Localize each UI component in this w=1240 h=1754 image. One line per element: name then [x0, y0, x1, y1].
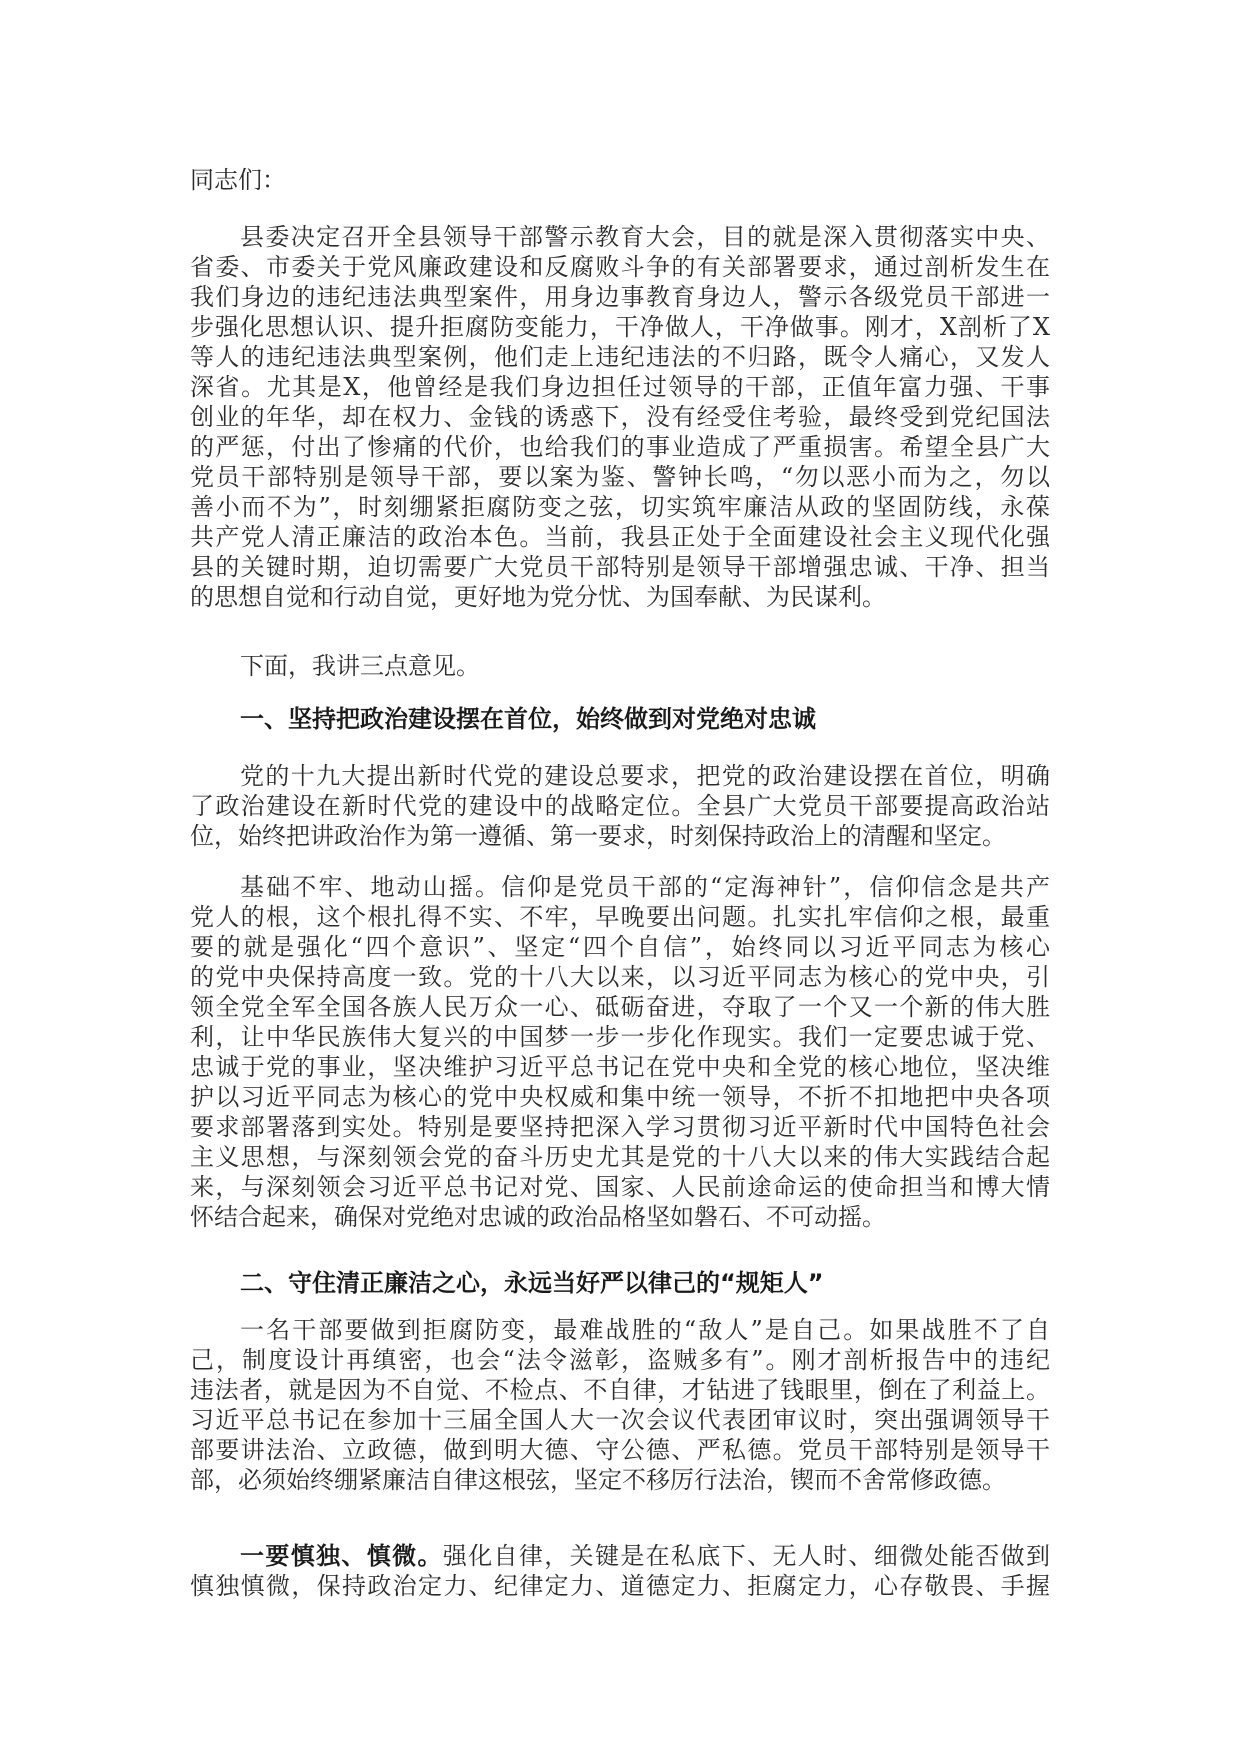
text-line: 省委、市委关于党风廉政建设和反腐败斗争的有关部署要求，通过剖析发生在: [190, 252, 1050, 282]
text-line: 忠诚于党的事业，坚决维护习近平总书记在党中央和全党的核心地位，坚决维: [190, 1052, 1050, 1082]
text-line: 县委决定召开全县领导干部警示教育大会，目的就是深入贯彻落实中央、: [190, 222, 1050, 252]
text-line: 步强化思想认识、提升拒腐防变能力，干净做人，干净做事。刚才，X剖析了X: [190, 312, 1050, 342]
text-line: 部要讲法治、立政德，做到明大德、守公德、严私德。党员干部特别是领导干: [190, 1435, 1050, 1465]
text-line: 共产党人清正廉洁的政治本色。当前，我县正处于全面建设社会主义现代化强: [190, 522, 1050, 552]
text-line: 党人的根，这个根扎得不实、不牢，早晚要出问题。扎实扎牢信仰之根，最重: [190, 902, 1050, 932]
text-line: 善小而不为”，时刻绷紧拒腐防变之弦，切实筑牢廉洁从政的坚固防线，永葆: [190, 492, 1050, 522]
text-line: 县的关键时期，迫切需要广大党员干部特别是领导干部增强忠诚、干净、担当: [190, 552, 1050, 582]
text-line: 的严惩，付出了惨痛的代价，也给我们的事业造成了严重损害。希望全县广大: [190, 432, 1050, 462]
text-line: 护以习近平同志为核心的党中央权威和集中统一领导，不折不扣地把中央各项: [190, 1082, 1050, 1112]
text-line: 下面，我讲三点意见。: [190, 651, 1050, 681]
text-line: 违法者，就是因为不自觉、不检点、不自律，才钻进了钱眼里，倒在了利益上。: [190, 1375, 1050, 1405]
text-line: 创业的年华，却在权力、金钱的诱惑下，没有经受住考验，最终受到党纪国法: [190, 402, 1050, 432]
text-line: 利，让中华民族伟大复兴的中国梦一步一步化作现实。我们一定要忠诚于党、: [190, 1022, 1050, 1052]
paragraph-section2-intro: 一名干部要做到拒腐防变，最难战胜的“敌人”是自己。如果战胜不了自 己，制度设计再…: [190, 1315, 1050, 1495]
text-line: 慎独慎微，保持政治定力、纪律定力、道德定力、拒腐定力，心存敬畏、手握: [190, 1571, 1050, 1601]
text-line: 领全党全军全国各族人民万众一心、砥砺奋进，夺取了一个又一个新的伟大胜: [190, 992, 1050, 1022]
paragraph-transition: 下面，我讲三点意见。: [190, 651, 1050, 681]
text-line: 习近平总书记在参加十三届全国人大一次会议代表团审议时，突出强调领导干: [190, 1405, 1050, 1435]
text-line: 一名干部要做到拒腐防变，最难战胜的“敌人”是自己。如果战胜不了自: [190, 1315, 1050, 1345]
text-line: 基础不牢、地动山摇。信仰是党员干部的“定海神针”，信仰信念是共产: [190, 872, 1050, 902]
point-text: 强化自律，关键是在私底下、无人时、细微处能否做到: [443, 1542, 1050, 1570]
text-line: 部，必须始终绷紧廉洁自律这根弦，坚定不移厉行法治，锲而不舍常修政德。: [190, 1465, 1050, 1495]
paragraph-section1-body: 基础不牢、地动山摇。信仰是党员干部的“定海神针”，信仰信念是共产 党人的根，这个…: [190, 872, 1050, 1232]
text-line: 要的就是强化“四个意识”、坚定“四个自信”，始终同以习近平同志为核心: [190, 932, 1050, 962]
text-line: 了政治建设在新时代党的建设中的战略定位。全县广大党员干部要提高政治站: [190, 791, 1050, 821]
heading-text: 一、坚持把政治建设摆在首位，始终做到对党绝对忠诚: [190, 704, 1050, 734]
point-lead: 一要慎独、慎微。: [240, 1542, 443, 1570]
text-line: 一要慎独、慎微。强化自律，关键是在私底下、无人时、细微处能否做到: [190, 1541, 1050, 1571]
text-line: 位，始终把讲政治作为第一遵循、第一要求，时刻保持政治上的清醒和坚定。: [190, 821, 1050, 851]
text-line: 怀结合起来，确保对党绝对忠诚的政治品格坚如磐石、不可动摇。: [190, 1202, 1050, 1232]
text-line: 我们身边的违纪违法典型案件，用身边事教育身边人，警示各级党员干部进一: [190, 282, 1050, 312]
salutation: 同志们：: [190, 165, 1050, 195]
text-line: 深省。尤其是X，他曾经是我们身边担任过领导的干部，正值年富力强、干事: [190, 372, 1050, 402]
text-line: 主义思想，与深刻领会党的奋斗历史尤其是党的十八大以来的伟大实践结合起: [190, 1142, 1050, 1172]
text-line: 来，与深刻领会习近平总书记对党、国家、人民前途命运的使命担当和博大情: [190, 1172, 1050, 1202]
paragraph-intro: 县委决定召开全县领导干部警示教育大会，目的就是深入贯彻落实中央、 省委、市委关于…: [190, 222, 1050, 612]
text-line: 要求部署落到实处。特别是要坚持把深入学习贯彻习近平新时代中国特色社会: [190, 1112, 1050, 1142]
text-line: 等人的违纪违法典型案例，他们走上违纪违法的不归路，既令人痛心，又发人: [190, 342, 1050, 372]
text-line: 己，制度设计再缜密，也会“法令滋彰，盗贼多有”。刚才剖析报告中的违纪: [190, 1345, 1050, 1375]
section-heading-2: 二、守住清正廉洁之心，永远当好严以律己的“规矩人”: [190, 1268, 1050, 1298]
paragraph-section1-intro: 党的十九大提出新时代党的建设总要求，把党的政治建设摆在首位，明确 了政治建设在新…: [190, 761, 1050, 851]
section-heading-1: 一、坚持把政治建设摆在首位，始终做到对党绝对忠诚: [190, 704, 1050, 734]
text-line: 党的十九大提出新时代党的建设总要求，把党的政治建设摆在首位，明确: [190, 761, 1050, 791]
text-line: 党员干部特别是领导干部，要以案为鉴、警钟长鸣，“勿以恶小而为之，勿以: [190, 462, 1050, 492]
heading-text: 二、守住清正廉洁之心，永远当好严以律己的“规矩人”: [190, 1268, 1050, 1298]
text-line: 的思想自觉和行动自觉，更好地为党分忧、为国奉献、为民谋利。: [190, 582, 1050, 612]
text-line: 的党中央保持高度一致。党的十八大以来，以习近平同志为核心的党中央，引: [190, 962, 1050, 992]
salutation-text: 同志们：: [190, 165, 1050, 195]
paragraph-point-1: 一要慎独、慎微。强化自律，关键是在私底下、无人时、细微处能否做到 慎独慎微，保持…: [190, 1541, 1050, 1601]
